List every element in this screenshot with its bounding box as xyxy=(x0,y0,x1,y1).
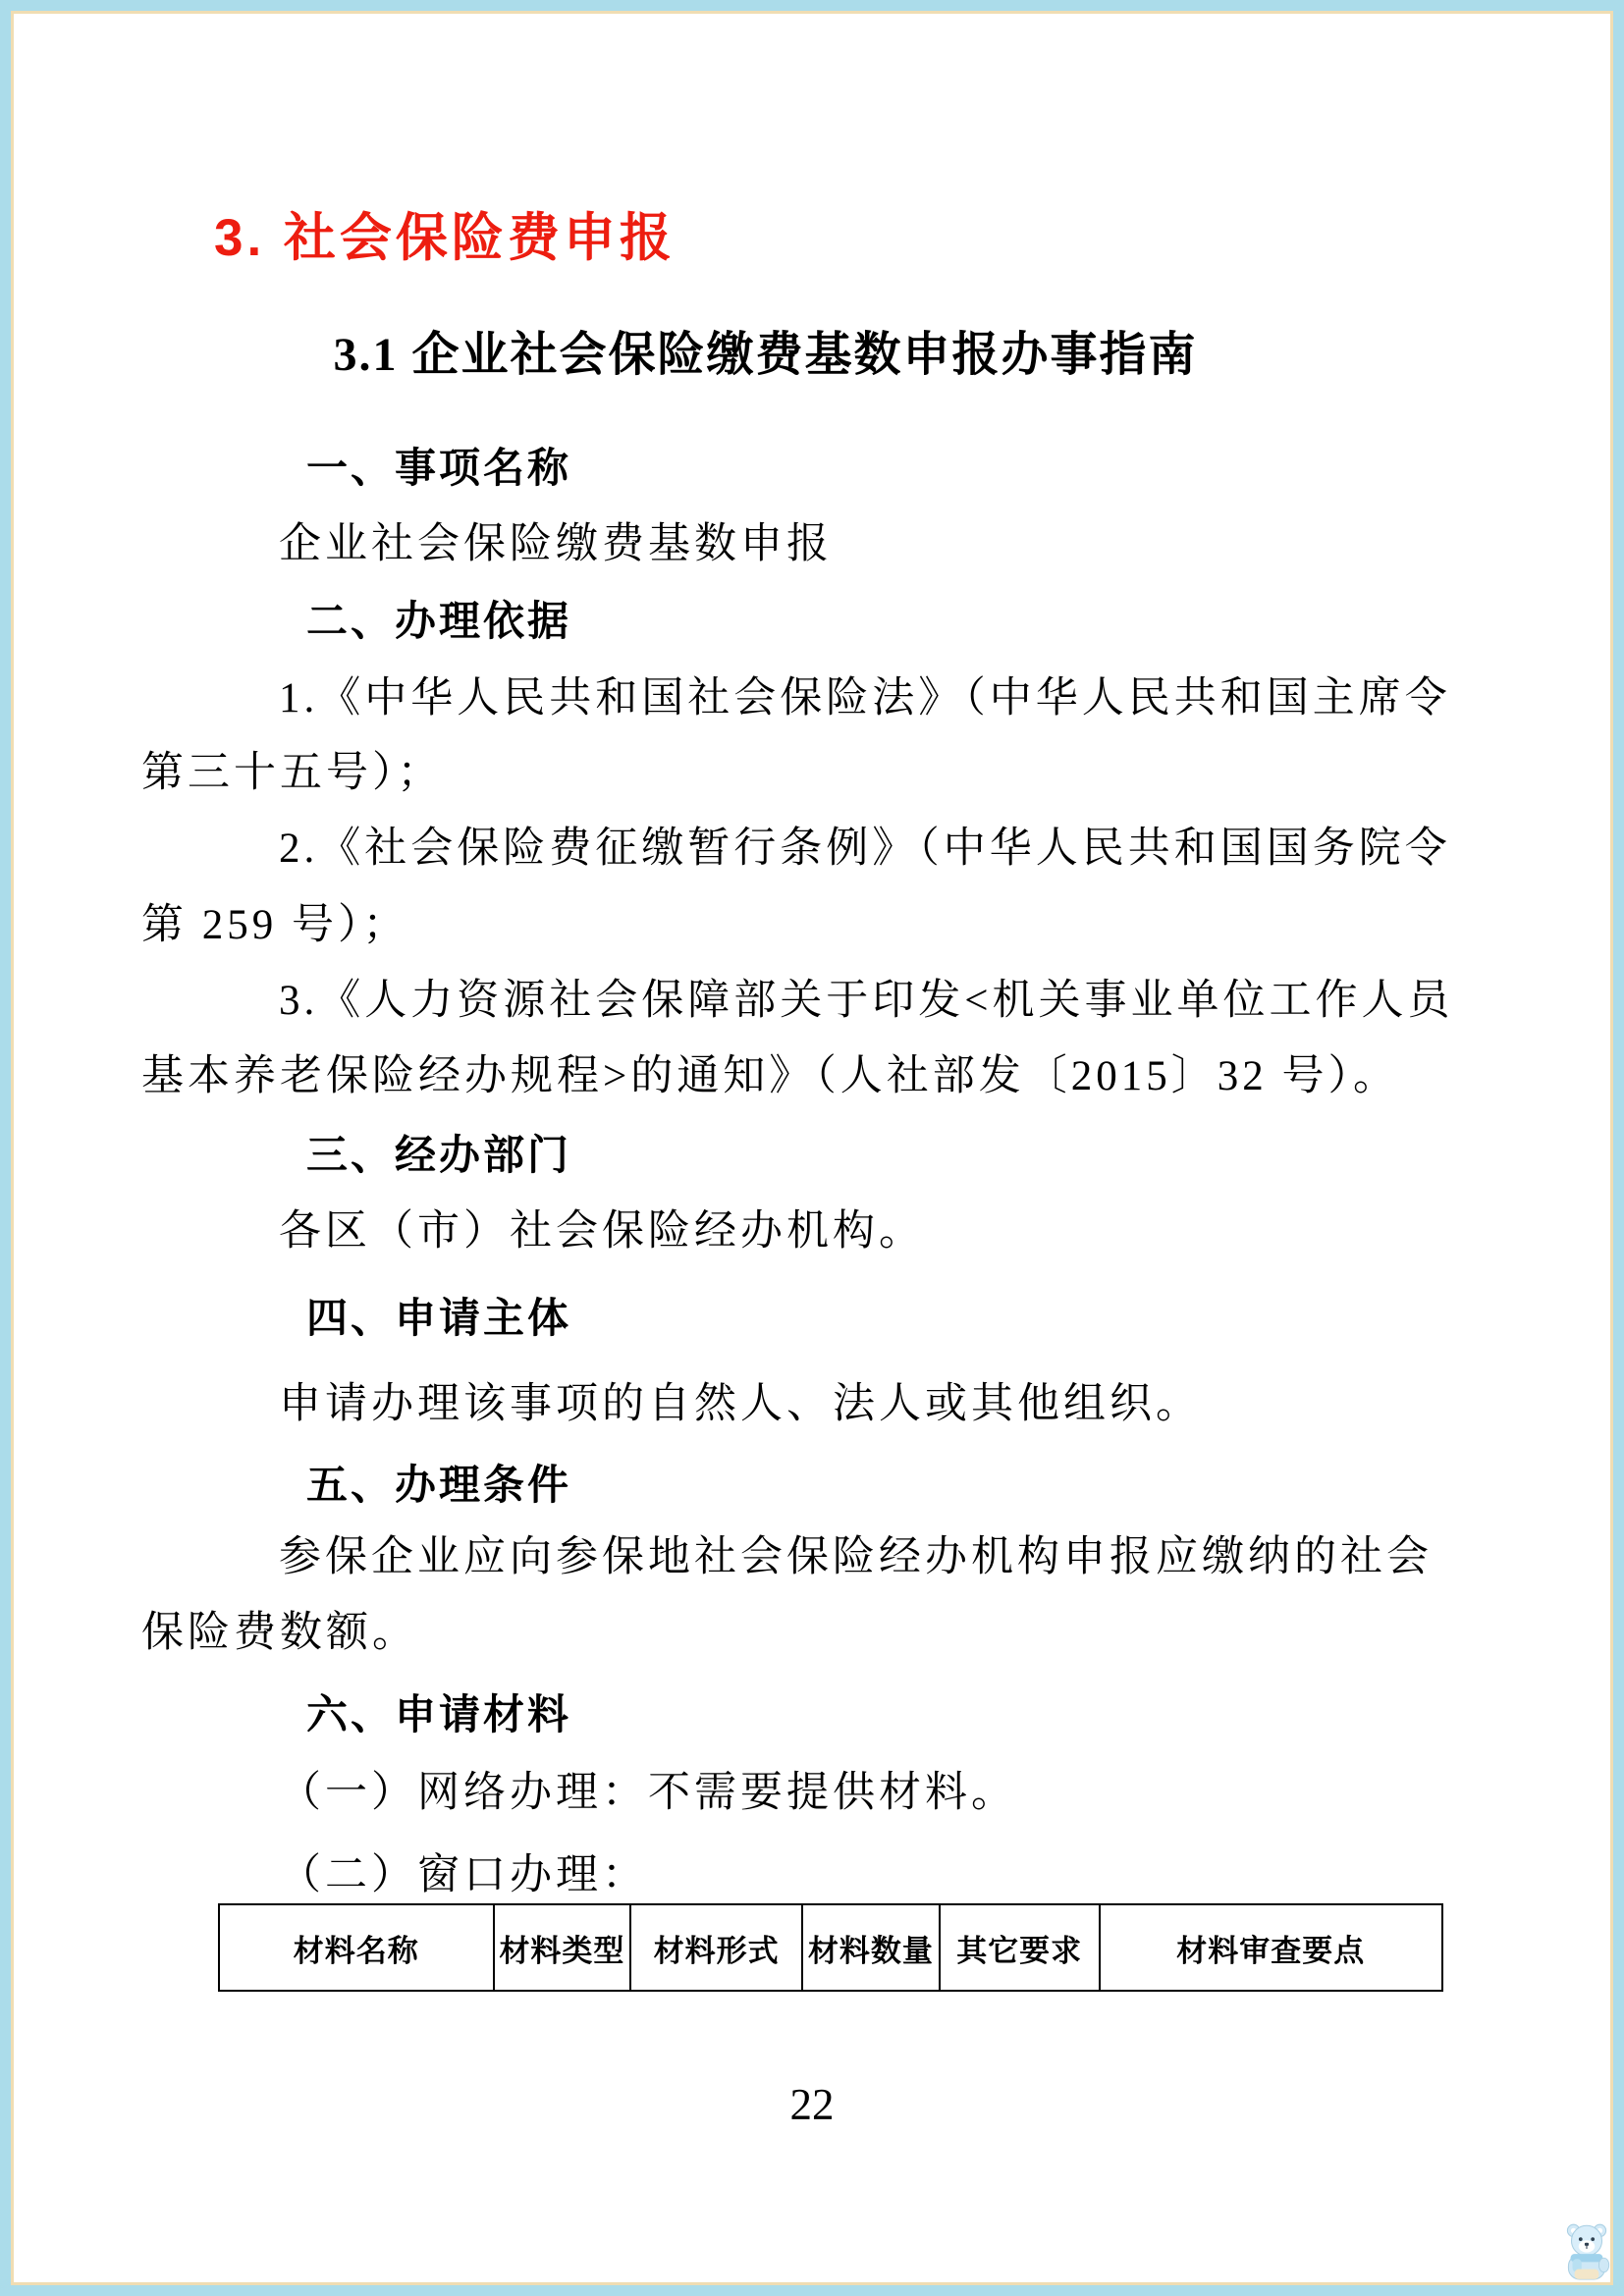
heading-applicant: 四、申请主体 xyxy=(141,1288,1487,1349)
chapter-title: 3. 社会保险费申报 xyxy=(214,196,676,271)
page-number: 22 xyxy=(0,2079,1624,2130)
table-header-material-qty: 材料数量 xyxy=(801,1905,939,1990)
doc-line: 2.《社会保险费征缴暂行条例》（中华人民共和国国务院令 xyxy=(141,819,1487,880)
doc-line: 3.《人力资源社会保障部关于印发<机关事业单位工作人员 xyxy=(141,971,1487,1032)
table-header-review-points: 材料审查要点 xyxy=(1099,1905,1441,1990)
doc-line: 1.《中华人民共和国社会保险法》（中华人民共和国主席令 xyxy=(141,668,1487,729)
table-header-material-form: 材料形式 xyxy=(629,1905,801,1990)
doc-line: 企业社会保险缴费基数申报 xyxy=(141,514,1487,575)
section-title: 3.1 企业社会保险缴费基数申报办事指南 xyxy=(0,316,1624,384)
heading-legal-basis: 二、办理依据 xyxy=(141,591,1487,652)
doc-line: 保险费数额。 xyxy=(141,1603,1487,1664)
doc-line: 申请办理该事项的自然人、法人或其他组织。 xyxy=(141,1374,1487,1435)
table-header-material-type: 材料类型 xyxy=(493,1905,630,1990)
table-header-other-req: 其它要求 xyxy=(939,1905,1099,1990)
doc-line: 第三十五号）； xyxy=(141,743,1487,804)
doc-line: 各区（市）社会保险经办机构。 xyxy=(141,1201,1487,1262)
heading-handling-department: 三、经办部门 xyxy=(141,1125,1487,1186)
doc-line: 基本养老保险经办规程>的通知》（人社部发〔2015〕32 号）。 xyxy=(141,1046,1487,1107)
doc-line: （一）网络办理：不需要提供材料。 xyxy=(141,1763,1487,1824)
document-page: 3. 社会保险费申报 3.1 企业社会保险缴费基数申报办事指南 一、事项名称 企… xyxy=(0,0,1624,2296)
heading-item-name: 一、事项名称 xyxy=(141,438,1487,499)
table-header-material-name: 材料名称 xyxy=(220,1905,493,1990)
doc-line: 参保企业应向参保地社会保险经办机构申报应缴纳的社会 xyxy=(141,1527,1487,1588)
doc-line: （二）窗口办理： xyxy=(141,1845,1487,1906)
materials-table: 材料名称 材料类型 材料形式 材料数量 其它要求 材料审查要点 xyxy=(218,1903,1443,1992)
doc-line: 第 259 号）； xyxy=(141,895,1487,956)
heading-materials: 六、申请材料 xyxy=(141,1684,1487,1745)
heading-conditions: 五、办理条件 xyxy=(141,1455,1487,1516)
teddy-bear-icon xyxy=(1559,2218,1614,2281)
